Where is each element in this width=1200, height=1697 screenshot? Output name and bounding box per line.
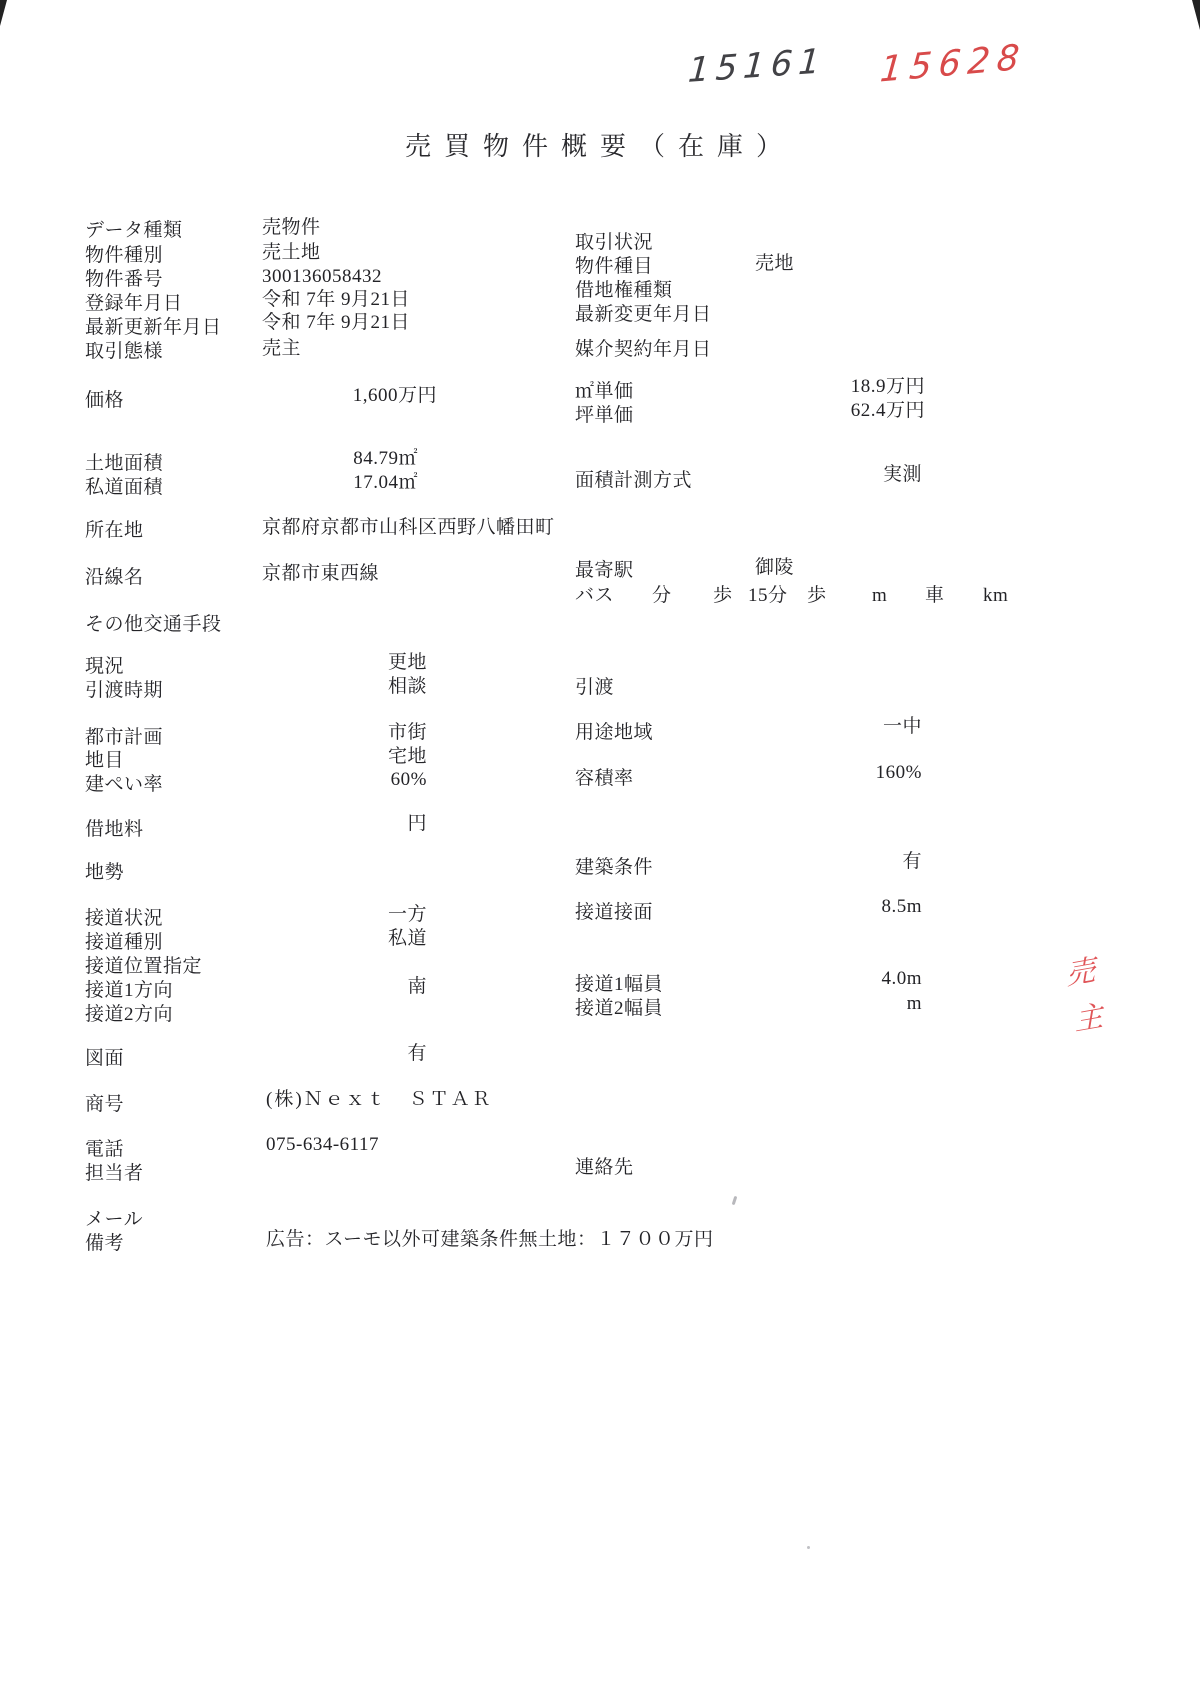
label-brokerage-date: 媒介契約年月日 xyxy=(575,339,712,361)
label-topography: 地勢 xyxy=(85,862,124,884)
label-last-change-date: 最新変更年月日 xyxy=(575,304,712,326)
value-rail-line: 京都市東西線 xyxy=(262,563,379,585)
label-drawing: 図面 xyxy=(85,1048,124,1070)
scanned-property-sheet: 15161 15628 売 主 売買物件概要（在庫） データ種類 売物件 物件種… xyxy=(0,0,1200,1697)
value-area-measure: 実測 xyxy=(797,464,922,486)
label-sqm-unit-price: ㎡単価 xyxy=(575,381,634,403)
value-land-rent: 円 xyxy=(327,813,427,835)
label-handover-timing: 引渡時期 xyxy=(85,680,163,702)
value-road1-direction: 南 xyxy=(327,976,427,998)
value-remarks: 広告：スーモ以外可建築条件無土地：１７００万円 xyxy=(266,1229,714,1251)
label-road2-width: 接道2幅員 xyxy=(575,998,663,1020)
value-location: 京都府京都市山科区西野八幡田町 xyxy=(262,517,555,539)
value-drawing: 有 xyxy=(327,1043,427,1065)
value-handover-timing: 相談 xyxy=(327,676,427,698)
value-land-area: 84.79㎡ xyxy=(300,448,418,470)
value-property-number: 300136058432 xyxy=(262,266,382,288)
value-property-category: 売地 xyxy=(755,253,794,275)
label-floor-area-ratio: 容積率 xyxy=(575,768,634,790)
value-nearest-station: 御陵 xyxy=(755,557,794,579)
label-rail-line: 沿線名 xyxy=(85,567,144,589)
value-road2-width: m xyxy=(797,993,922,1015)
handwritten-red-note-char2: 主 xyxy=(1073,993,1104,1039)
label-email: メール xyxy=(85,1209,143,1231)
label-contact-person: 担当者 xyxy=(85,1163,144,1185)
label-other-transport: その他交通手段 xyxy=(85,614,222,636)
station-walk-label: 歩 xyxy=(713,585,733,607)
label-leasehold-type: 借地権種類 xyxy=(575,280,673,302)
label-transaction-mode: 取引態様 xyxy=(85,341,163,363)
value-road1-width: 4.0m xyxy=(797,968,922,990)
value-road-frontage: 8.5m xyxy=(797,896,922,918)
label-zoning: 用途地域 xyxy=(575,722,653,744)
value-update-date: 令和 7年 9月21日 xyxy=(262,312,410,334)
scan-edge-artifact xyxy=(1192,0,1200,30)
value-floor-area-ratio: 160% xyxy=(797,762,922,784)
station-bus-label: バス xyxy=(575,585,614,607)
label-land-rent: 借地料 xyxy=(85,819,144,841)
label-private-road-area: 私道面積 xyxy=(85,477,163,499)
label-building-condition: 建築条件 xyxy=(575,857,653,879)
value-phone: 075-634-6117 xyxy=(266,1134,379,1156)
label-coverage-ratio: 建ぺい率 xyxy=(85,774,163,796)
label-location: 所在地 xyxy=(85,520,144,542)
label-road2-direction: 接道2方向 xyxy=(85,1004,173,1026)
label-data-type: データ種類 xyxy=(85,220,183,242)
label-road-type: 接道種別 xyxy=(85,932,163,954)
label-phone: 電話 xyxy=(85,1139,124,1161)
value-current-state: 更地 xyxy=(327,652,427,674)
label-price: 価格 xyxy=(85,390,124,412)
label-transaction-status: 取引状況 xyxy=(575,232,653,254)
label-road-contact-state: 接道状況 xyxy=(85,908,163,930)
label-road1-width: 接道1幅員 xyxy=(575,974,663,996)
value-register-date: 令和 7年 9月21日 xyxy=(262,289,410,311)
label-land-category: 地目 xyxy=(85,750,124,772)
value-price: 1,600万円 xyxy=(300,385,437,407)
value-transaction-mode: 売主 xyxy=(262,338,301,360)
station-car-label: 車 xyxy=(925,585,945,607)
label-property-class: 物件種別 xyxy=(85,245,163,267)
station-walk2-label: 歩 xyxy=(807,585,827,607)
value-road-type: 私道 xyxy=(327,928,427,950)
label-road1-direction: 接道1方向 xyxy=(85,980,173,1002)
label-tsubo-unit-price: 坪単価 xyxy=(575,405,634,427)
label-nearest-station: 最寄駅 xyxy=(575,560,634,582)
label-road-frontage: 接道接面 xyxy=(575,902,653,924)
label-property-number: 物件番号 xyxy=(85,269,163,291)
value-building-condition: 有 xyxy=(797,851,922,873)
label-contact: 連絡先 xyxy=(575,1157,634,1179)
label-current-state: 現況 xyxy=(85,656,124,678)
station-bus-min-unit: 分 xyxy=(652,585,672,607)
label-update-date: 最新更新年月日 xyxy=(85,317,222,339)
station-km-unit: km xyxy=(983,585,1008,607)
value-tsubo-unit-price: 62.4万円 xyxy=(800,400,925,422)
label-remarks: 備考 xyxy=(85,1233,124,1255)
label-property-category: 物件種目 xyxy=(575,256,653,278)
label-register-date: 登録年月日 xyxy=(85,293,183,315)
handwritten-red-note-char1: 売 xyxy=(1065,947,1096,993)
value-private-road-area: 17.04㎡ xyxy=(300,472,418,494)
value-road-contact-state: 一方 xyxy=(327,904,427,926)
label-handover: 引渡 xyxy=(575,677,614,699)
value-sqm-unit-price: 18.9万円 xyxy=(800,376,925,398)
label-land-area: 土地面積 xyxy=(85,453,163,475)
label-area-measure: 面積計測方式 xyxy=(575,470,692,492)
label-city-planning: 都市計画 xyxy=(85,727,163,749)
value-land-category: 宅地 xyxy=(327,746,427,768)
scan-edge-artifact xyxy=(0,0,7,26)
handwritten-number-red: 15628 xyxy=(879,37,1028,90)
label-company-name: 商号 xyxy=(85,1094,124,1116)
label-road-position-designation: 接道位置指定 xyxy=(85,956,202,978)
value-property-class: 売土地 xyxy=(262,242,321,264)
value-coverage-ratio: 60% xyxy=(327,769,427,791)
value-city-planning: 市街 xyxy=(327,722,427,744)
scan-speck xyxy=(732,1196,738,1205)
value-zoning: 一中 xyxy=(797,716,922,738)
value-data-type: 売物件 xyxy=(262,217,321,239)
scan-speck xyxy=(807,1546,810,1549)
station-m-unit: m xyxy=(872,585,887,607)
value-company-name: (株)Ｎｅｘｔ ＳＴＡＲ xyxy=(266,1089,493,1111)
page-title: 売買物件概要（在庫） xyxy=(405,126,795,163)
station-walk-minutes: 15分 xyxy=(748,585,788,607)
handwritten-number-pencil: 15161 xyxy=(687,41,828,91)
